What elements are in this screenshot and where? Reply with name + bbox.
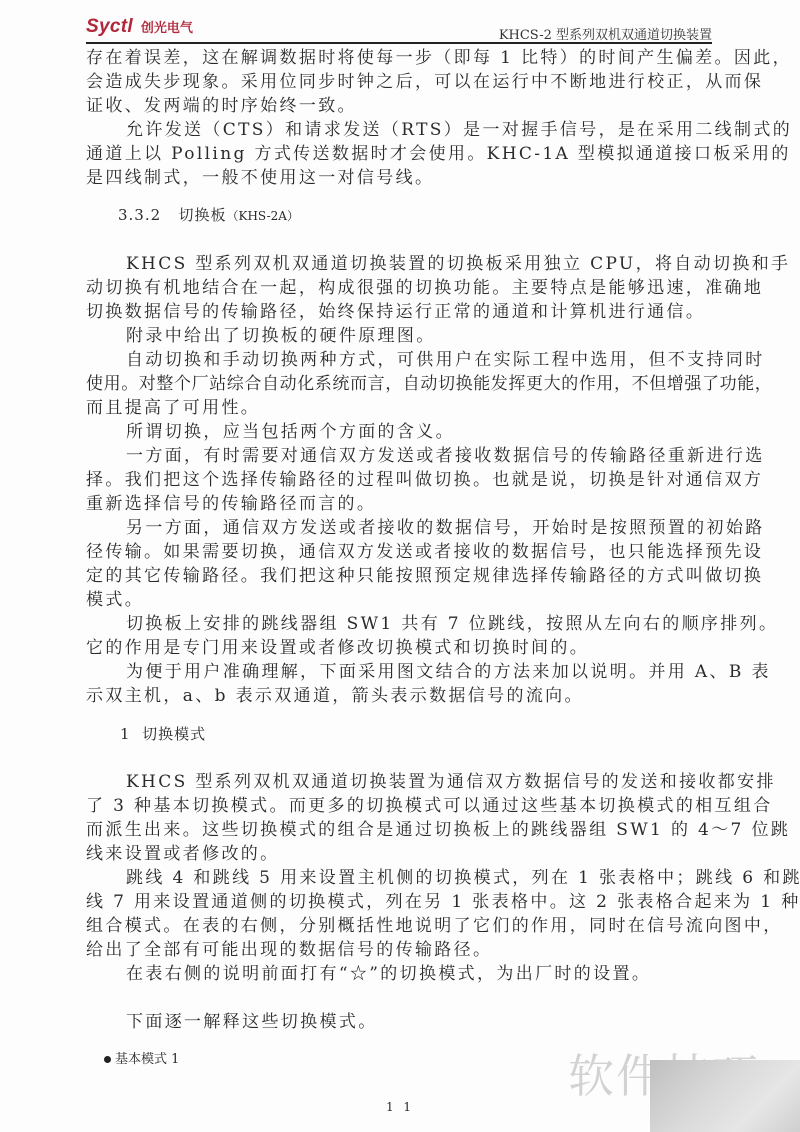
logo-chinese: 创光电气: [141, 17, 193, 36]
section-heading: 3.3.2 切换板（KHS-2A）: [118, 204, 299, 227]
text-line: 给出了全部有可能出现的数据信号的传输路径。: [86, 938, 712, 962]
text-line: 定的其它传输路径。我们把这种只能按照预定规律选择传输路径的方式叫做切换: [86, 564, 712, 588]
section-title: 切换板: [178, 206, 226, 224]
text-line: 重新选择信号的传输路径而言的。: [86, 492, 712, 516]
section-subtitle: （KHS-2A）: [227, 209, 299, 223]
logo-english: Syctl: [86, 16, 133, 38]
text-line: 会造成失步现象。采用位同步时钟之后，可以在运行中不断地进行校正，从而保: [86, 70, 712, 94]
text-line: KHCS 型系列双机双通道切换装置的切换板采用独立 CPU，将自动切换和手: [86, 252, 712, 276]
text-line: 切换数据信号的传输路径，始终保持运行正常的通道和计算机进行通信。: [86, 300, 712, 324]
text-line: 自动切换和手动切换两种方式，可供用户在实际工程中选用，但不支持同时: [86, 348, 712, 372]
text-line: 在表右侧的说明前面打有“☆”的切换模式，为出厂时的设置。: [86, 962, 712, 986]
text-line: 切换板上安排的跳线器组 SW1 共有 7 位跳线，按照从左向右的顺序排列。: [86, 612, 712, 636]
text-line: 下面逐一解释这些切换模式。: [86, 1010, 712, 1034]
text-line: KHCS 型系列双机双通道切换装置为通信双方数据信号的发送和接收都安排: [86, 770, 712, 794]
subsection-title: 切换模式: [142, 725, 206, 743]
text-line: 存在着误差，这在解调数据时将使每一步（即每 1 比特）的时间产生偏差。因此，: [86, 46, 712, 70]
company-logo: Syctl 创光电气: [86, 16, 193, 38]
subsection-number: 1: [120, 725, 131, 743]
bullet-item: 基本模式 1: [104, 1050, 179, 1070]
text-line: 通道上以 Polling 方式传送数据时才会使用。KHC-1A 型模拟通道接口板…: [86, 142, 712, 166]
text-line: 而且提高了可用性。: [86, 396, 712, 420]
section-number: 3.3.2: [118, 206, 161, 224]
text-line: 模式。: [86, 588, 712, 612]
text-line: 另一方面，通信双方发送或者接收的数据信号，开始时是按照预置的初始路: [86, 516, 712, 540]
text-line: 证收、发两端的时序始终一致。: [86, 94, 712, 118]
text-line: 使用。对整个厂站综合自动化系统而言，自动切换能发挥更大的作用，不但增强了功能，: [86, 372, 712, 396]
text-line: 了 3 种基本切换模式。而更多的切换模式可以通过这些基本切换模式的相互组合: [86, 794, 712, 818]
text-line: 是四线制式，一般不使用这一对信号线。: [86, 166, 712, 190]
text-line: 所谓切换，应当包括两个方面的含义。: [86, 420, 712, 444]
text-line: 线来设置或者修改的。: [86, 842, 712, 866]
watermark-blur: [650, 1060, 800, 1132]
text-line: 而派生出来。这些切换模式的组合是通过切换板上的跳线器组 SW1 的 4～7 位跳: [86, 818, 712, 842]
text-line: 跳线 4 和跳线 5 用来设置主机侧的切换模式，列在 1 张表格中；跳线 6 和…: [86, 866, 712, 890]
text-line: 径传输。如果需要切换，通信双方发送或者接收的数据信号，也只能选择预先设: [86, 540, 712, 564]
header-rule: [86, 42, 712, 44]
bullet-dot-icon: [104, 1056, 111, 1063]
text-line: 择。我们把这个选择传输路径的过程叫做切换。也就是说，切换是针对通信双方: [86, 468, 712, 492]
text-line: 一方面，有时需要对通信双方发送或者接收数据信号的传输路径重新进行选: [86, 444, 712, 468]
text-line: 组合模式。在表的右侧，分别概括性地说明了它们的作用，同时在信号流向图中，: [86, 914, 712, 938]
text-line: 线 7 用来设置通道侧的切换模式，列在另 1 张表格中。这 2 张表格合起来为 …: [86, 890, 712, 914]
text-line: 示双主机，a、b 表示双通道，箭头表示数据信号的流向。: [86, 684, 712, 708]
text-line: 它的作用是专门用来设置或者修改切换模式和切换时间的。: [86, 636, 712, 660]
subsection-heading: 1 切换模式: [120, 723, 206, 745]
document-title: KHCS-2 型系列双机双通道切换装置: [499, 24, 712, 43]
page-header: Syctl 创光电气 KHCS-2 型系列双机双通道切换装置: [86, 10, 712, 44]
text-line: 附录中给出了切换板的硬件原理图。: [86, 324, 712, 348]
text-line: 动切换有机地结合在一起，构成很强的切换功能。主要特点是能够迅速，准确地: [86, 276, 712, 300]
text-line: 允许发送（CTS）和请求发送（RTS）是一对握手信号，是在采用二线制式的: [86, 118, 712, 142]
bullet-label: 基本模式 1: [115, 1052, 179, 1067]
text-line: 为便于用户准确理解，下面采用图文结合的方法来加以说明。并用 A、B 表: [86, 660, 712, 684]
